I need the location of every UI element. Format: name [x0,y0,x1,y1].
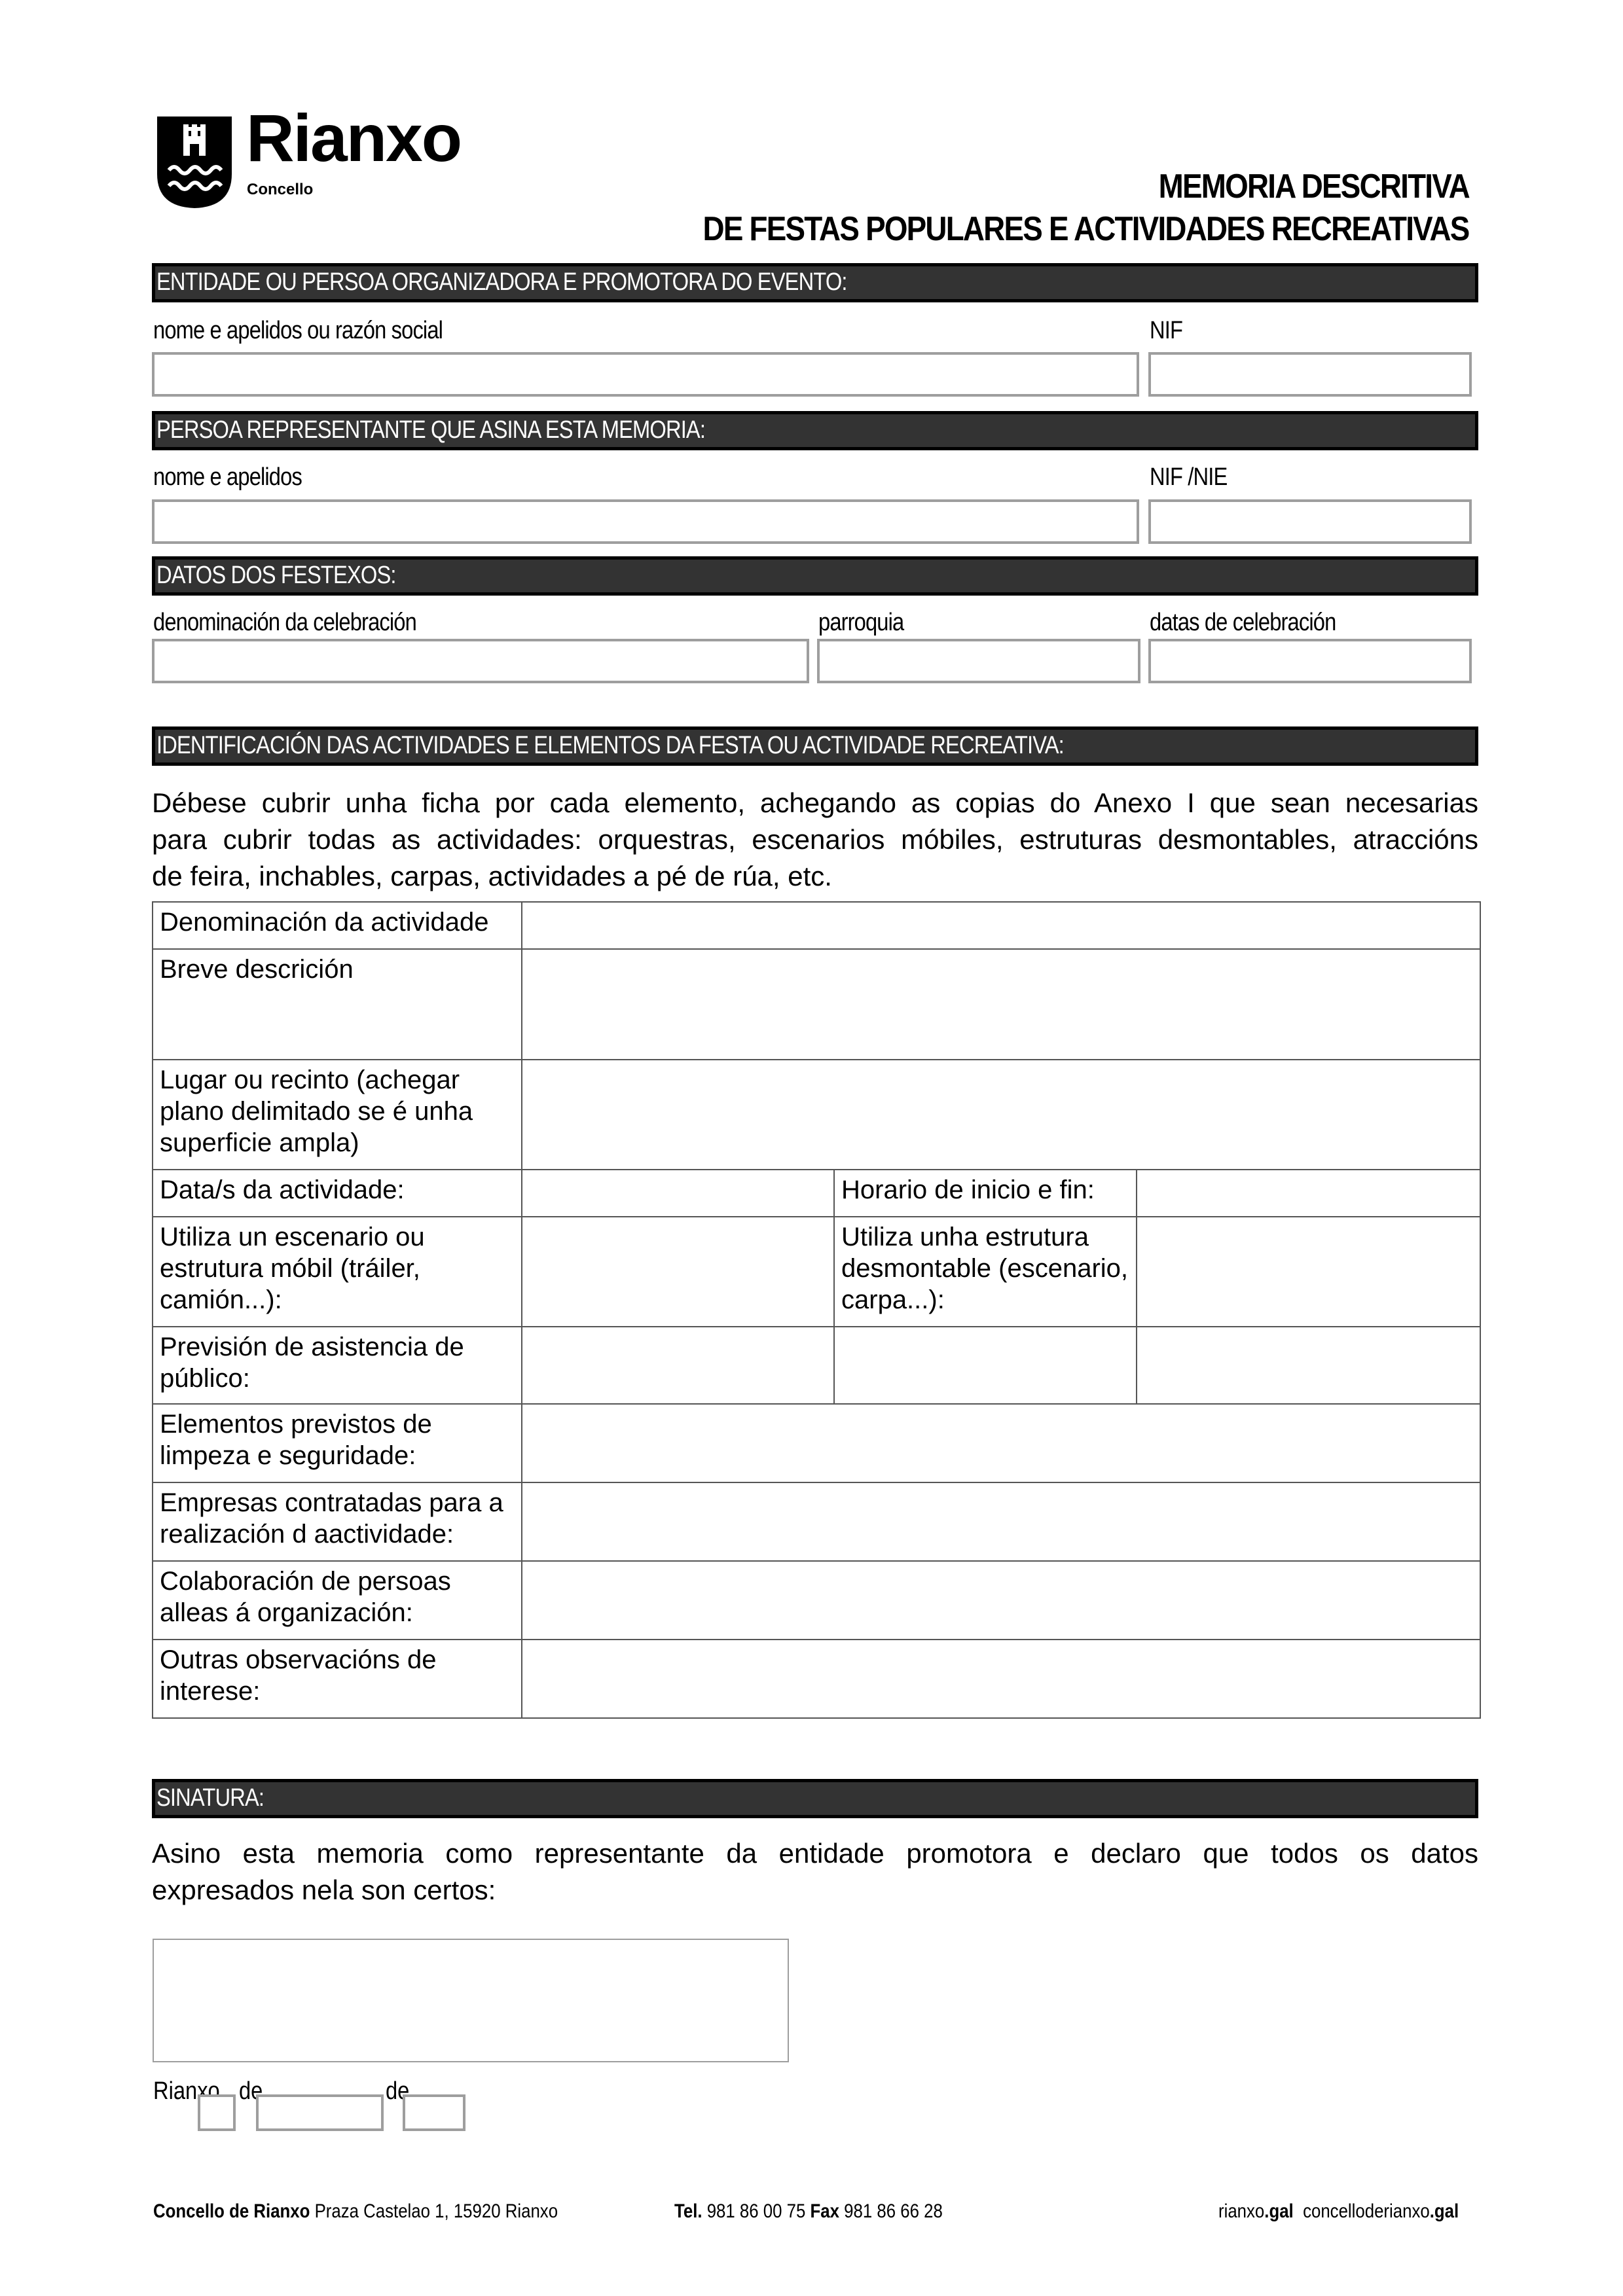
footer-org: Concello de Rianxo [153,2200,310,2222]
mobile-stage-cell[interactable] [522,1217,834,1327]
table-row: Previsión de asistencia de público: [153,1327,1480,1404]
intro-line: de feira, inchables, carpas, actividades… [152,858,1478,895]
signature-declaration: Asino esta memoria como representante da… [152,1835,1478,1909]
schedule-cell[interactable] [1137,1170,1480,1217]
table-row: Elementos previstos de limpeza e segurid… [153,1404,1480,1482]
external-collaboration-cell[interactable] [522,1561,1480,1640]
label-parish: parroquia [818,609,903,637]
expected-attendance-cell[interactable] [522,1327,834,1404]
web2-tld: .gal [1430,2200,1459,2222]
section-header-activities: IDENTIFICACIÓN DAS ACTIVIDADES E ELEMENT… [152,726,1478,766]
section-header-signature: SINATURA: [152,1779,1478,1818]
fax-number: 981 86 66 28 [839,2200,943,2222]
row-label: Outras observacións de interese: [153,1640,522,1718]
activities-intro-paragraph: Débese cubrir unha ficha por cada elemen… [152,785,1478,895]
removable-structure-cell[interactable] [1137,1217,1480,1327]
section-heading-text: ENTIDADE OU PERSOA ORGANIZADORA E PROMOT… [156,266,847,298]
footer-phone: Tel. 981 86 00 75 Fax 981 86 66 28 [674,2200,943,2223]
declaration-line: expresados nela son certos: [152,1872,1478,1909]
row-label: Colaboración de persoas alleas á organiz… [153,1561,522,1640]
label-organizer-name: nome e apelidos ou razón social [153,317,443,345]
section-header-festivities: DATOS DOS FESTEXOS: [152,556,1478,596]
intro-line: Débese cubrir unha ficha por cada elemen… [152,785,1478,821]
website-link-2[interactable]: concelloderianxo.gal [1303,2200,1459,2222]
row-label: Data/s da actividade: [153,1170,522,1217]
extra-cell[interactable] [834,1327,1137,1404]
page-title-line2: DE FESTAS POPULARES E ACTIVIDADES RECREA… [703,209,1469,249]
month-field[interactable] [256,2094,384,2131]
section-heading-text: DATOS DOS FESTEXOS: [156,560,396,591]
cleaning-security-cell[interactable] [522,1404,1480,1482]
web2-text: concelloderianxo [1303,2200,1430,2222]
web1-text: rianxo [1218,2200,1264,2222]
label-representative-name: nome e apelidos [153,463,302,492]
footer-address: Concello de Rianxo Praza Castelao 1, 159… [153,2200,558,2223]
section-header-organizer: ENTIDADE OU PERSOA ORGANIZADORA E PROMOT… [152,263,1478,302]
footer-address-text: Praza Castelao 1, 15920 Rianxo [310,2200,558,2222]
label-representative-nif: NIF /NIE [1150,463,1227,492]
label-celebration-name: denominación da celebración [153,609,416,637]
activity-dates-cell[interactable] [522,1170,834,1217]
year-field[interactable] [403,2094,465,2131]
activity-name-cell[interactable] [522,902,1480,949]
web1-tld: .gal [1264,2200,1293,2222]
tel-label: Tel. [674,2200,702,2222]
signature-box[interactable] [153,1939,789,2062]
label-celebration-dates: datas de celebración [1150,609,1336,637]
fax-label: Fax [811,2200,839,2222]
day-field[interactable] [198,2094,236,2131]
location-cell[interactable] [522,1060,1480,1170]
representative-nif-field[interactable] [1148,499,1472,544]
organizer-name-field[interactable] [152,352,1139,397]
row-label: Utiliza unha estrutura desmontable (esce… [834,1217,1137,1327]
row-label: Horario de inicio e fin: [834,1170,1137,1217]
footer-websites: rianxo.gal concelloderianxo.gal [1218,2200,1459,2223]
description-cell[interactable] [522,949,1480,1060]
row-label: Elementos previstos de limpeza e segurid… [153,1404,522,1482]
parish-field[interactable] [817,639,1140,683]
celebration-dates-field[interactable] [1148,639,1472,683]
row-label: Breve descrición [153,949,522,1060]
declaration-line: Asino esta memoria como representante da… [152,1835,1478,1872]
page-title-line1: MEMORIA DESCRITIVA [1159,167,1469,206]
activity-table: Denominación da actividade Breve descric… [152,901,1481,1719]
table-row: Data/s da actividade: Horario de inicio … [153,1170,1480,1217]
intro-line: para cubrir todas as actividades: orques… [152,821,1478,858]
row-label: Empresas contratadas para a realización … [153,1482,522,1561]
coat-of-arms-icon [156,115,233,209]
extra-cell[interactable] [1137,1327,1480,1404]
table-row: Lugar ou recinto (achegar plano delimita… [153,1060,1480,1170]
table-row: Breve descrición [153,949,1480,1060]
table-row: Utiliza un escenario ou estrutura móbil … [153,1217,1480,1327]
representative-name-field[interactable] [152,499,1139,544]
other-observations-cell[interactable] [522,1640,1480,1718]
section-header-representative: PERSOA REPRESENTANTE QUE ASINA ESTA MEMO… [152,411,1478,450]
row-label: Lugar ou recinto (achegar plano delimita… [153,1060,522,1170]
row-label: Previsión de asistencia de público: [153,1327,522,1404]
label-organizer-nif: NIF [1150,317,1182,345]
celebration-name-field[interactable] [152,639,809,683]
row-label: Utiliza un escenario ou estrutura móbil … [153,1217,522,1327]
section-heading-text: SINATURA: [156,1782,264,1814]
table-row: Colaboración de persoas alleas á organiz… [153,1561,1480,1640]
table-row: Empresas contratadas para a realización … [153,1482,1480,1561]
organizer-nif-field[interactable] [1148,352,1472,397]
table-row: Denominación da actividade [153,902,1480,949]
logo-wordmark: Rianxo [246,105,461,171]
tel-number: 981 86 00 75 [702,2200,811,2222]
section-heading-text: IDENTIFICACIÓN DAS ACTIVIDADES E ELEMENT… [156,730,1064,761]
website-link-1[interactable]: rianxo.gal [1218,2200,1294,2222]
contracted-companies-cell[interactable] [522,1482,1480,1561]
table-row: Outras observacións de interese: [153,1640,1480,1718]
logo-subtitle: Concello [247,181,313,199]
section-heading-text: PERSOA REPRESENTANTE QUE ASINA ESTA MEMO… [156,414,705,446]
row-label: Denominación da actividade [153,902,522,949]
